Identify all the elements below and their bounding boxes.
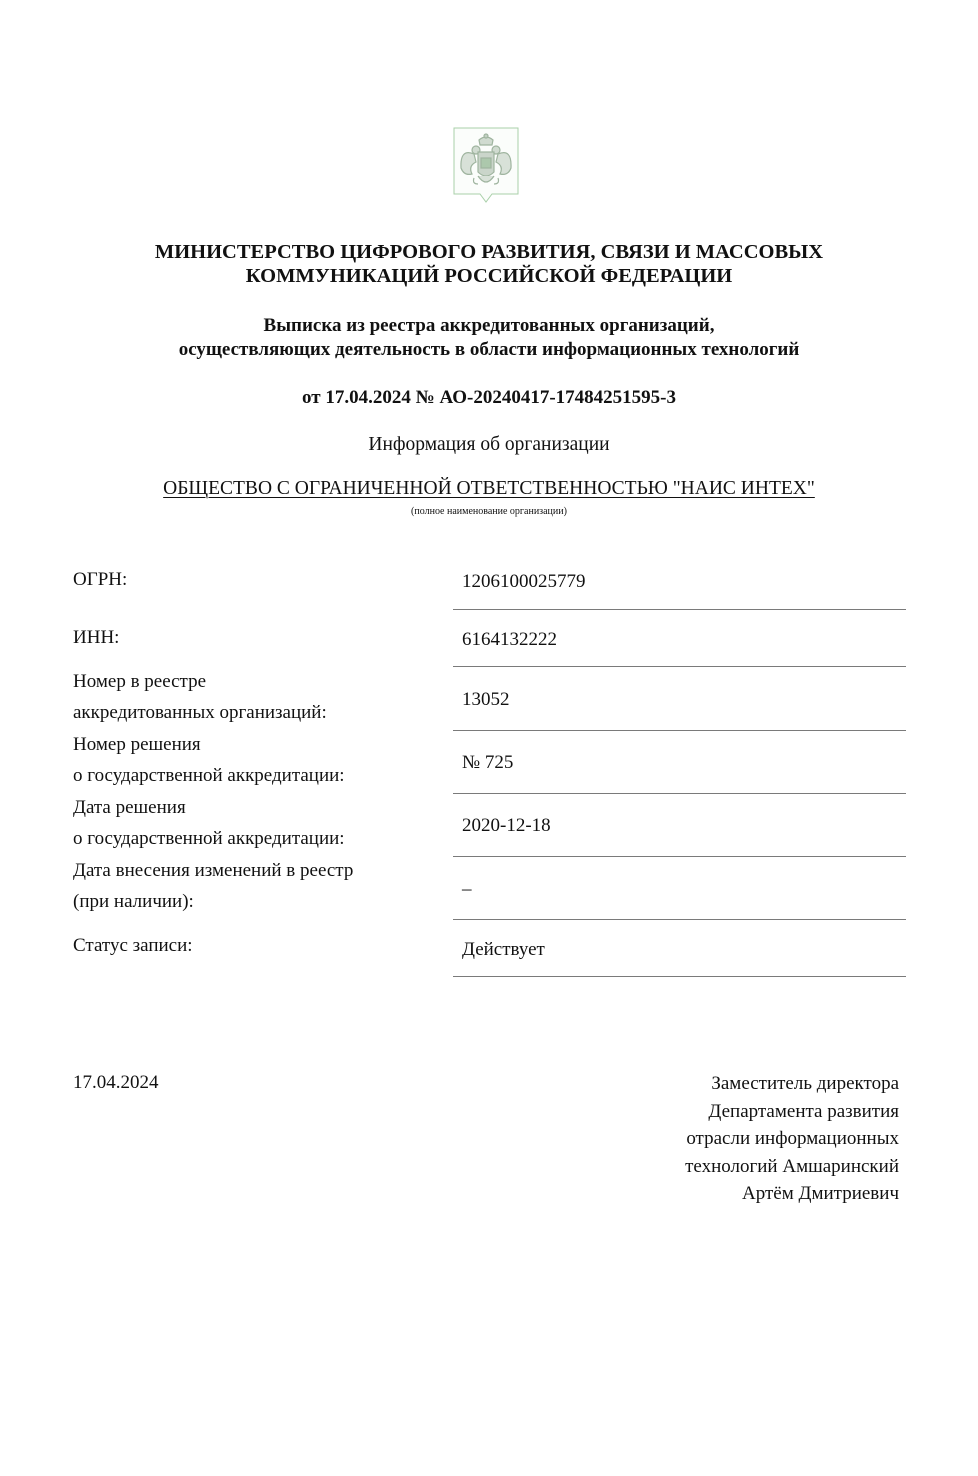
field-value-ogrn: 1206100025779	[462, 571, 586, 593]
issue-date: 17.04.2024	[73, 1072, 159, 1094]
document-title-line-2: осуществляющих деятельность в области ин…	[0, 338, 978, 362]
field-underline	[453, 856, 906, 857]
field-label-registry-number: Номер в реестре аккредитованных организа…	[73, 666, 327, 728]
signatory-line: Заместитель директора	[685, 1070, 899, 1098]
signatory-line: Департамента развития	[685, 1098, 899, 1126]
field-label-decision-date: Дата решения о государственной аккредита…	[73, 792, 345, 854]
label-line: Дата внесения изменений в реестр	[73, 855, 353, 886]
label-line: Дата решения	[73, 792, 345, 823]
signatory-line: технологий Амшаринский	[685, 1153, 899, 1181]
ministry-name-line-2: КОММУНИКАЦИЙ РОССИЙСКОЙ ФЕДЕРАЦИИ	[0, 264, 978, 288]
label-line: Номер в реестре	[73, 666, 327, 697]
field-label-inn: ИНН:	[73, 622, 119, 653]
field-value-record-status: Действует	[462, 939, 545, 961]
field-label-ogrn: ОГРН:	[73, 564, 127, 595]
field-label-change-date: Дата внесения изменений в реестр (при на…	[73, 855, 353, 917]
signatory-line: Артём Дмитриевич	[685, 1180, 899, 1208]
field-value-change-date: _	[462, 872, 472, 894]
label-line: о государственной аккредитации:	[73, 823, 345, 854]
field-value-decision-number: № 725	[462, 752, 513, 774]
field-underline	[453, 793, 906, 794]
field-underline	[453, 730, 906, 731]
label-line: аккредитованных организаций:	[73, 697, 327, 728]
field-underline	[453, 666, 906, 667]
organization-name-caption: (полное наименование организации)	[0, 506, 978, 517]
label-line: (при наличии):	[73, 886, 353, 917]
document-title-line-1: Выписка из реестра аккредитованных орган…	[0, 314, 978, 338]
signatory-line: отрасли информационных	[685, 1125, 899, 1153]
field-underline	[453, 976, 906, 977]
document-number: от 17.04.2024 № АО-20240417-17484251595-…	[0, 386, 978, 410]
field-value-decision-date: 2020-12-18	[462, 815, 551, 837]
label-line: о государственной аккредитации:	[73, 760, 345, 791]
field-label-record-status: Статус записи:	[73, 930, 193, 961]
field-value-registry-number: 13052	[462, 689, 510, 711]
signatory-block: Заместитель директора Департамента разви…	[685, 1070, 899, 1208]
field-underline	[453, 919, 906, 920]
label-line: Номер решения	[73, 729, 345, 760]
field-label-decision-number: Номер решения о государственной аккредит…	[73, 729, 345, 791]
organization-full-name: ОБЩЕСТВО С ОГРАНИЧЕННОЙ ОТВЕТСТВЕННОСТЬЮ…	[0, 478, 978, 500]
section-title: Информация об организации	[0, 434, 978, 456]
ministry-name-line-1: МИНИСТЕРСТВО ЦИФРОВОГО РАЗВИТИЯ, СВЯЗИ И…	[0, 240, 978, 264]
field-value-inn: 6164132222	[462, 629, 557, 651]
field-underline	[453, 609, 906, 610]
russian-coat-of-arms-icon	[452, 126, 520, 206]
